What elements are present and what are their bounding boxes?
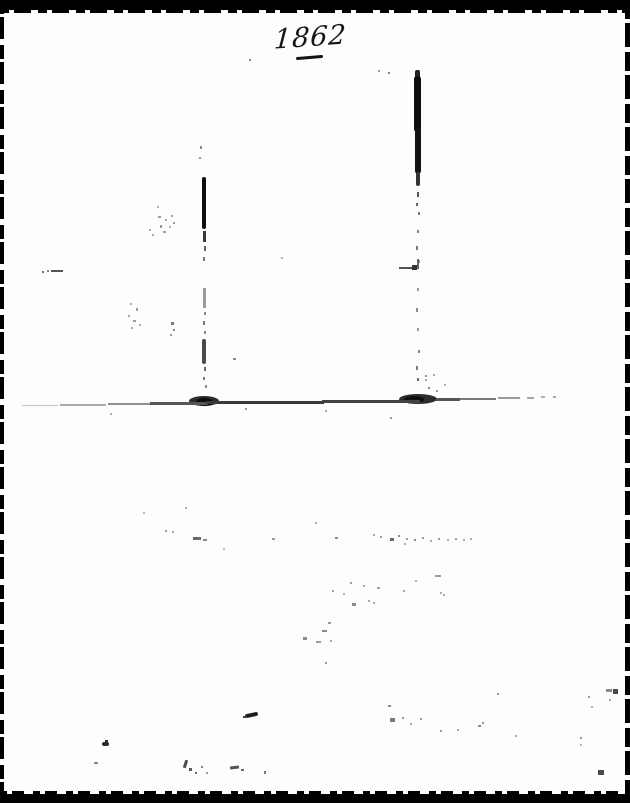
ink-speck [199, 157, 201, 159]
ink-dash [435, 575, 441, 577]
ink-speck [390, 718, 395, 722]
ink-speck [325, 662, 327, 664]
ink-speck [390, 538, 394, 541]
ink-speck [343, 593, 345, 595]
ink-speck [133, 320, 136, 322]
ink-speck [390, 417, 392, 419]
ink-speck [173, 329, 175, 331]
ink-speck [440, 592, 442, 594]
ink-speck [609, 699, 611, 701]
ink-speck [433, 374, 435, 376]
ink-speck [416, 366, 418, 370]
ink-speck [415, 580, 417, 582]
ink-speck [414, 539, 416, 541]
ink-speck [42, 271, 44, 273]
handwritten-year-underline [296, 55, 323, 60]
ink-speck [130, 303, 132, 305]
ink-speck [350, 582, 352, 584]
ink-speck [416, 203, 418, 206]
ink-speck [163, 231, 166, 233]
vertical-rule-left-segment [203, 231, 206, 242]
ink-speck [249, 59, 251, 61]
ink-speck [165, 530, 167, 532]
ink-speck [417, 288, 419, 291]
ink-speck [332, 590, 334, 592]
ink-speck [352, 603, 356, 606]
ink-speck [417, 192, 419, 197]
ink-speck [170, 334, 172, 336]
ink-speck [404, 543, 406, 545]
ink-dash [193, 537, 201, 540]
ink-speck [418, 350, 420, 353]
scan-border-right [625, 0, 630, 803]
ink-speck [378, 70, 380, 72]
ink-speck [425, 375, 427, 377]
scan-border-top [0, 0, 630, 10]
scanned-page: 1862 [0, 0, 630, 803]
ink-speck [204, 312, 206, 315]
ink-speck [303, 637, 307, 640]
ink-speck [613, 689, 618, 694]
ink-speck [201, 766, 203, 768]
ink-speck [416, 308, 418, 312]
ink-speck [171, 322, 174, 325]
ink-speck [373, 534, 375, 536]
vertical-rule-right [414, 76, 421, 132]
handwritten-year: 1862 [273, 21, 347, 53]
ink-speck [203, 257, 205, 261]
ink-speck [204, 331, 206, 334]
ink-speck [478, 725, 481, 727]
ink-dash [94, 762, 98, 764]
ink-speck [428, 387, 430, 389]
ink-speck [143, 512, 145, 514]
vertical-rule-right-segment [416, 172, 420, 186]
ink-speck [203, 377, 205, 380]
ink-speck [204, 367, 206, 371]
horizontal-rule [108, 403, 152, 405]
ink-speck [598, 770, 604, 775]
ink-speck [241, 769, 244, 771]
ink-speck [377, 587, 380, 589]
ink-speck [580, 744, 582, 746]
ink-marks-layer [0, 0, 630, 803]
vertical-rule-left-segment [202, 339, 206, 364]
ink-dash [399, 267, 412, 269]
ink-speck [515, 735, 517, 737]
ink-speck [430, 540, 432, 542]
ink-speck [172, 531, 174, 533]
ink-speck [380, 536, 382, 538]
ink-speck [131, 327, 133, 329]
ink-speck [444, 384, 446, 386]
ink-speck [422, 537, 424, 539]
ink-speck [580, 737, 582, 739]
ink-speck [204, 246, 206, 251]
ink-speck [463, 539, 465, 541]
ink-speck [165, 219, 167, 221]
ink-speck [440, 730, 442, 732]
ink-speck [160, 225, 162, 228]
ink-speck [410, 723, 412, 725]
horizontal-rule [206, 401, 324, 404]
ink-squiggle [183, 760, 188, 769]
ink-speck [497, 693, 499, 695]
ink-dash [527, 397, 534, 399]
horizontal-rule [460, 398, 496, 400]
ink-speck [189, 768, 192, 771]
ink-speck [388, 705, 391, 707]
horizontal-rule [60, 404, 106, 406]
ink-dash [51, 270, 63, 272]
ink-dash [230, 766, 239, 770]
vertical-rule-left-segment [203, 288, 206, 308]
ink-speck [203, 539, 207, 541]
vertical-rule-left [202, 177, 206, 229]
ink-speck [443, 594, 445, 596]
ink-speck [105, 740, 108, 742]
ink-speck [205, 385, 207, 388]
ink-speck [438, 538, 440, 540]
ink-speck [406, 538, 408, 540]
ink-speck [206, 772, 208, 774]
ink-speck [447, 539, 449, 541]
ink-speck [398, 535, 400, 537]
ink-speck [136, 308, 138, 311]
ink-speck [110, 413, 112, 415]
ink-speck [223, 548, 225, 550]
ink-speck [47, 270, 49, 272]
ink-speck [281, 257, 283, 259]
ink-speck [264, 771, 266, 774]
ink-speck [328, 622, 331, 624]
ink-speck [152, 234, 154, 236]
ink-speck [417, 378, 419, 381]
ink-speck [171, 215, 173, 217]
ink-speck [169, 226, 171, 228]
ink-speck [128, 315, 130, 317]
ink-speck [417, 328, 419, 331]
ink-speck [591, 706, 593, 708]
ink-dash [606, 689, 612, 692]
ink-speck [139, 324, 141, 326]
ink-speck [185, 507, 187, 509]
ink-speck [149, 229, 151, 231]
ink-speck [470, 538, 472, 540]
ink-speck [335, 537, 338, 539]
ink-speck [203, 321, 205, 325]
ink-speck [420, 718, 422, 720]
ink-speck [368, 600, 370, 602]
ink-speck [425, 379, 427, 381]
ink-speck [243, 716, 247, 718]
ink-speck [233, 358, 236, 360]
ink-speck [436, 390, 438, 392]
ink-speck [455, 538, 457, 540]
ink-speck [482, 722, 484, 724]
ink-speck [588, 696, 590, 698]
scan-border-left [0, 0, 4, 803]
ink-speck [402, 717, 404, 719]
ink-speck [158, 216, 161, 218]
ink-speck [457, 729, 459, 731]
ink-speck [173, 222, 175, 224]
ink-speck [373, 602, 375, 604]
ink-speck [388, 72, 390, 74]
ink-speck [272, 538, 275, 540]
ink-dash [316, 641, 321, 643]
ink-speck [245, 408, 247, 410]
ink-speck [315, 522, 317, 524]
ink-speck [418, 212, 420, 215]
ink-speck [417, 259, 419, 269]
ink-speck [102, 742, 109, 746]
horizontal-rule [322, 400, 420, 403]
horizontal-rule [150, 402, 208, 405]
ink-speck [157, 206, 159, 208]
vertical-rule-right [415, 128, 421, 174]
ink-speck [200, 146, 202, 149]
ink-speck [417, 230, 419, 233]
ink-speck [325, 410, 327, 412]
ink-speck [403, 590, 405, 592]
horizontal-rule [436, 398, 460, 401]
ink-speck [330, 640, 332, 642]
horizontal-rule [22, 405, 58, 406]
ink-speck [195, 772, 197, 774]
ink-speck [541, 396, 545, 398]
ink-dash [322, 630, 327, 632]
horizontal-rule [498, 397, 520, 399]
ink-speck [553, 396, 556, 398]
scan-border-bottom [0, 794, 630, 803]
ink-speck [416, 246, 418, 250]
ink-speck [363, 585, 365, 587]
